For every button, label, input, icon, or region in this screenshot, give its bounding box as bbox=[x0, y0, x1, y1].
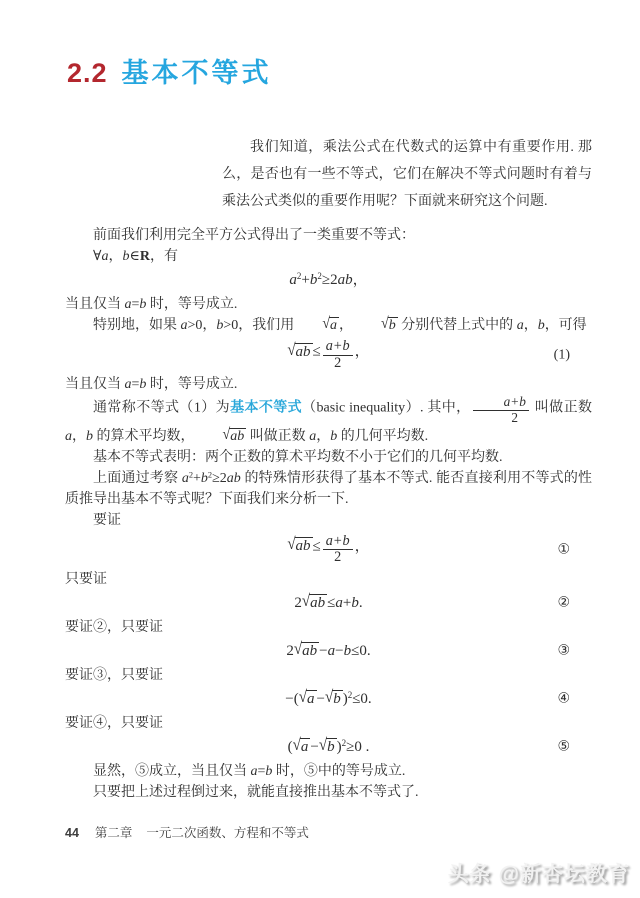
equation-number: ① bbox=[557, 539, 570, 560]
paragraph-need-only-prove-2: 要证②，只要证 bbox=[65, 617, 592, 638]
paragraph-forall: ∀a，b∈R，有 bbox=[65, 246, 592, 267]
textbook-page: 2.2基本不等式 我们知道，乘法公式在代数式的运算中有重要作用. 那么，是否也有… bbox=[0, 0, 640, 898]
equation-math: 2√ab≤a+b. bbox=[294, 593, 362, 614]
equation-number: ④ bbox=[557, 689, 570, 710]
paragraph-need-only-prove-4: 要证④，只要证 bbox=[65, 713, 592, 734]
paragraph-definition: 通常称不等式（1）为基本不等式（basic inequality）. 其中，a+… bbox=[65, 395, 592, 446]
equation-math: a2+b2≥2ab， bbox=[289, 270, 367, 291]
paragraph-statement: 基本不等式表明：两个正数的算术平均数不小于它们的几何平均数. bbox=[65, 447, 592, 468]
paragraph-substitution: 特别地，如果 a>0，b>0，我们用√a，√b 分别代替上式中的 a，b，可得 bbox=[65, 315, 592, 336]
footer-page-number: 44 bbox=[65, 826, 79, 840]
paragraph-derivation-intro: 上面通过考察 a2+b2≥2ab 的特殊情形获得了基本不等式. 能否直接利用不等… bbox=[65, 468, 592, 510]
equation-number: ③ bbox=[557, 641, 570, 662]
equation-math: −(√a−√b)2≤0. bbox=[285, 689, 371, 710]
equation-step-5: (√a−√b)2≥0 . ⑤ bbox=[65, 734, 592, 761]
equation-step-4: −(√a−√b)2≤0. ④ bbox=[65, 686, 592, 713]
page-title: 2.2基本不等式 bbox=[67, 58, 592, 88]
equation-number: ⑤ bbox=[557, 737, 570, 758]
paragraph-need-only-prove-1: 只要证 bbox=[65, 569, 592, 590]
paragraph-conclusion-2: 只要把上述过程倒过来，就能直接推出基本不等式了. bbox=[65, 782, 592, 803]
equation-step-2: 2√ab≤a+b. ② bbox=[65, 590, 592, 617]
equation-number: ② bbox=[557, 593, 570, 614]
equation-math: 2√ab−a−b≤0. bbox=[286, 641, 370, 662]
equation-number: (1) bbox=[554, 345, 570, 366]
equation-a2-b2: a2+b2≥2ab， bbox=[65, 267, 592, 294]
equation-math: (√a−√b)2≥0 . bbox=[288, 737, 370, 758]
watermark-text: 头条 @新杏坛教育 bbox=[448, 858, 630, 888]
footer-book-title: 一元二次函数、方程和不等式 bbox=[146, 823, 309, 841]
equation-basic-inequality: √ab≤a+b2， (1) bbox=[65, 336, 592, 374]
paragraph-to-prove: 要证 bbox=[65, 510, 592, 531]
paragraph-need-only-prove-3: 要证③，只要证 bbox=[65, 665, 592, 686]
paragraph-equality-condition-2: 当且仅当 a=b 时，等号成立. bbox=[65, 374, 592, 395]
equation-step-3: 2√ab−a−b≤0. ③ bbox=[65, 638, 592, 665]
equation-step-1: √ab≤a+b2， ① bbox=[65, 531, 592, 569]
page-footer: 44 第二章 一元二次函数、方程和不等式 bbox=[65, 823, 592, 841]
section-number: 2.2 bbox=[67, 58, 108, 88]
equation-math: √ab≤a+b2， bbox=[287, 339, 369, 371]
intro-paragraph: 我们知道，乘法公式在代数式的运算中有重要作用. 那么，是否也有一些不等式，它们在… bbox=[222, 134, 592, 215]
footer-chapter: 第二章 bbox=[95, 823, 133, 841]
section-title-text: 基本不等式 bbox=[122, 58, 272, 88]
equation-math: √ab≤a+b2， bbox=[287, 534, 369, 566]
paragraph-conclusion-1: 显然，⑤成立，当且仅当 a=b 时，⑤中的等号成立. bbox=[65, 761, 592, 782]
paragraph-lead-in: 前面我们利用完全平方公式得出了一类重要不等式： bbox=[65, 225, 592, 246]
